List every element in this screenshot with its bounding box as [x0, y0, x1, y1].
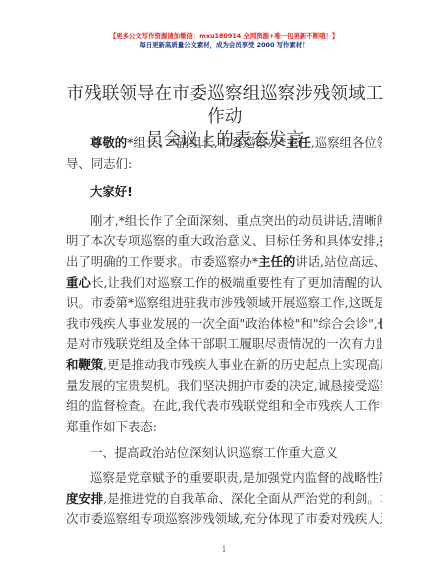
para1-line-6: 我市残疾人事业发展的一次全面"政治体检"和"综合会诊",也 — [66, 314, 382, 335]
greeting: 大家好! — [66, 182, 382, 203]
promo-line-2: 每日更新高质量公文素材，成为会员享受 2000 写作素材！ — [0, 41, 448, 50]
salutation-line-2: 导、同志们: — [66, 154, 382, 175]
page-number: 1 — [0, 545, 448, 554]
para1-line-11: 郑重作如下表态: — [66, 417, 382, 438]
promo-banner: 【更多公文写作资源请加微信：mxu180914 全网资源+唯一包更新不断哦！】 … — [0, 32, 448, 50]
section-heading-1: 一、提高政治站位深刻认识巡察工作重大意义 — [66, 443, 382, 464]
para1-line-2: 明了本次专项巡察的重大政治意义、目标任务和具体安排,提 — [66, 231, 382, 252]
para1-line-4: 重心长,让我们对巡察工作的极端重要性有了更加清醒的认 — [66, 273, 382, 294]
promo-line-1: 【更多公文写作资源请加微信：mxu180914 全网资源+唯一包更新不断哦！】 — [0, 32, 448, 41]
document-body: 尊敬的*组长、*副组长,市委巡察办*主任,巡察组各位领 导、同志们: 大家好! … — [66, 133, 382, 530]
para1-line-3: 出了明确的工作要求。市委巡察办*主任的讲话,站位高远、语 — [66, 252, 382, 273]
title-line-1: 市残联领导在市委巡察组巡察涉残领域工作动 — [60, 83, 390, 129]
para1-line-10: 组的监督检查。在此,我代表市残联党组和全市残疾人工作者, — [66, 396, 382, 417]
salutation-line-1: 尊敬的*组长、*副组长,市委巡察办*主任,巡察组各位领 — [66, 133, 382, 154]
para2-line-2: 度安排,是推进党的自我革命、深化全面从严治党的利剑。本 — [66, 489, 382, 510]
para1-line-1: 刚才,*组长作了全面深刻、重点突出的动员讲话,清晰阐 — [66, 211, 382, 232]
para2-line-3: 次市委巡察组专项巡察涉残领域,充分体现了市委对残疾人这 — [66, 509, 382, 530]
para1-line-7: 是对市残联党组及全体干部职工履职尽责情况的一次有力监督 — [66, 334, 382, 355]
para2-line-1: 巡察是党章赋予的重要职责,是加强党内监督的战略性制 — [66, 468, 382, 489]
para1-line-5: 识。市委第*巡察组进驻我市涉残领域开展巡察工作,这既是对 — [66, 293, 382, 314]
para1-line-9: 量发展的宝贵契机。我们坚决拥护市委的决定,诚恳接受巡察 — [66, 376, 382, 397]
para1-line-8: 和鞭策,更是推动我市残疾人事业在新的历史起点上实现高质 — [66, 355, 382, 376]
